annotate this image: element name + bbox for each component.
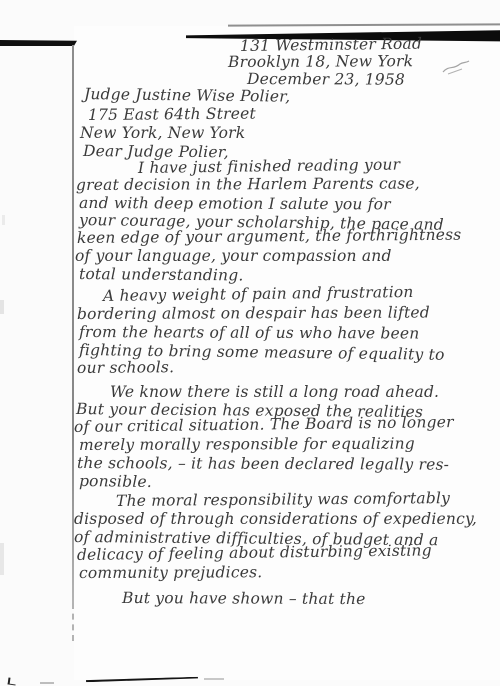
handwriting-line-recipient: New York, New York xyxy=(80,125,245,142)
scan-artifact-bottom-tick xyxy=(8,677,17,685)
handwriting-line-para3: merely morally responsible for equalizin… xyxy=(79,436,415,454)
scan-artifact-bottom-dash-left xyxy=(40,682,54,684)
handwriting-line-para3: ponsible. xyxy=(79,473,152,491)
handwriting-line-para4: community prejudices. xyxy=(79,564,262,582)
pencil-scribble-mark xyxy=(440,57,474,79)
handwriting-line-para3: the schools, – it has been declared lega… xyxy=(77,455,449,474)
handwriting-line-para3: We know there is still a long road ahead… xyxy=(110,384,439,401)
handwriting-line-date: December 23, 1958 xyxy=(247,71,405,89)
scan-smudge xyxy=(2,215,5,225)
handwriting-line-para4: disposed of through considerations of ex… xyxy=(74,511,477,528)
handwriting-line-para1: and with deep emotion I salute you for xyxy=(79,195,391,213)
scan-artifact-bottom-dash-right xyxy=(204,678,224,680)
handwriting-line-para2: bordering almost on despair has been lif… xyxy=(77,304,430,323)
scan-smudge xyxy=(0,543,4,575)
handwriting-line-sender: Brooklyn 18, New York xyxy=(228,53,413,71)
handwriting-line-para4: The moral responsibility was comfortably xyxy=(116,490,450,510)
handwriting-line-recipient: 175 East 64th Street xyxy=(88,106,256,124)
scan-artifact-top-left-bar xyxy=(0,40,77,46)
handwriting-line-para1: of your language, your compassion and xyxy=(75,248,392,265)
handwriting-line-recipient: Judge Justine Wise Polier, xyxy=(84,86,291,106)
handwriting-line-para1: great decision in the Harlem Parents cas… xyxy=(76,175,420,194)
handwriting-line-para1: total understanding. xyxy=(79,266,244,284)
handwriting-line-para2: our schools. xyxy=(77,359,174,377)
scan-smudge xyxy=(0,300,4,314)
handwriting-line-para5: But you have shown – that the xyxy=(122,590,366,608)
handwriting-line-para2: from the hearts of all of us who have be… xyxy=(79,324,420,342)
handwriting-line-para1: keen edge of your argument, the forthrig… xyxy=(77,227,462,247)
scanned-letter: 131 Westminster RoadBrooklyn 18, New Yor… xyxy=(0,0,500,686)
scan-artifact-page-edge-dashes xyxy=(72,603,74,641)
